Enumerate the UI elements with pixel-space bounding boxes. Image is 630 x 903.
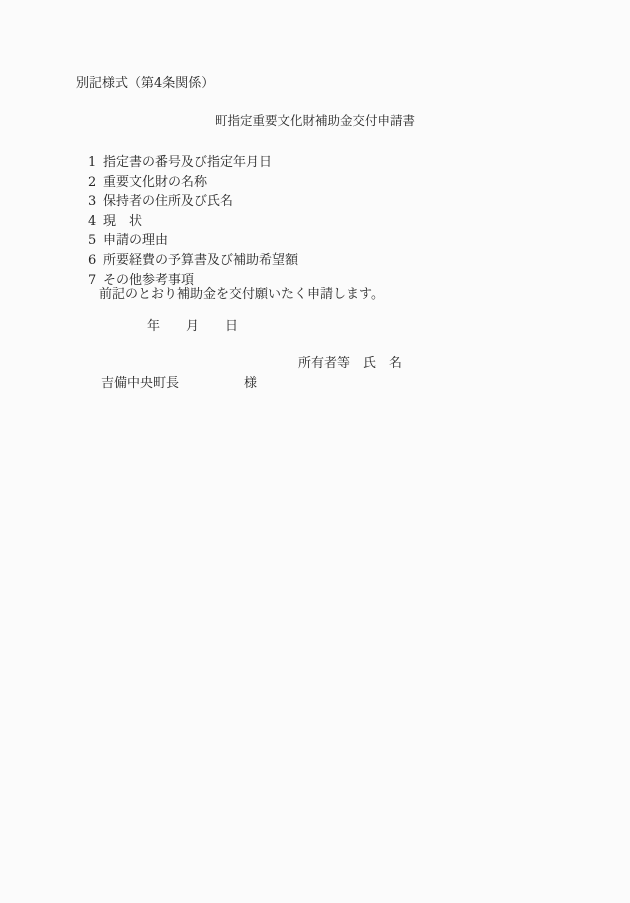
item-number: 5 [88, 231, 103, 251]
addressee-line: 吉備中央町長 様 [101, 377, 257, 390]
list-item: 3 保持者の住所及び氏名 [88, 192, 298, 212]
item-label: 指定書の番号及び指定年月日 [103, 153, 272, 173]
date-line: 年 月 日 [147, 320, 238, 333]
document-page: 別記様式（第4条関係） 町指定重要文化財補助金交付申請書 1 指定書の番号及び指… [0, 0, 630, 903]
item-label: 保持者の住所及び氏名 [103, 192, 233, 212]
signer-name-label: 所有者等 氏 名 [298, 357, 402, 370]
item-number: 3 [88, 192, 103, 212]
application-statement: 前記のとおり補助金を交付願いたく申請します。 [99, 288, 384, 301]
item-number: 1 [88, 153, 103, 173]
list-item: 6 所要経費の予算書及び補助希望額 [88, 251, 298, 271]
item-number: 4 [88, 212, 103, 232]
item-label: 所要経費の予算書及び補助希望額 [103, 251, 298, 271]
list-item: 2 重要文化財の名称 [88, 173, 298, 193]
form-style-note: 別記様式（第4条関係） [76, 77, 214, 90]
item-label: 申請の理由 [103, 231, 168, 251]
item-number: 2 [88, 173, 103, 193]
item-label: 重要文化財の名称 [103, 173, 207, 193]
list-item: 5 申請の理由 [88, 231, 298, 251]
item-number: 6 [88, 251, 103, 271]
list-item: 4 現 状 [88, 212, 298, 232]
document-title: 町指定重要文化財補助金交付申請書 [0, 115, 630, 128]
item-list: 1 指定書の番号及び指定年月日 2 重要文化財の名称 3 保持者の住所及び氏名 … [88, 153, 298, 290]
list-item: 1 指定書の番号及び指定年月日 [88, 153, 298, 173]
item-label: 現 状 [103, 212, 142, 232]
